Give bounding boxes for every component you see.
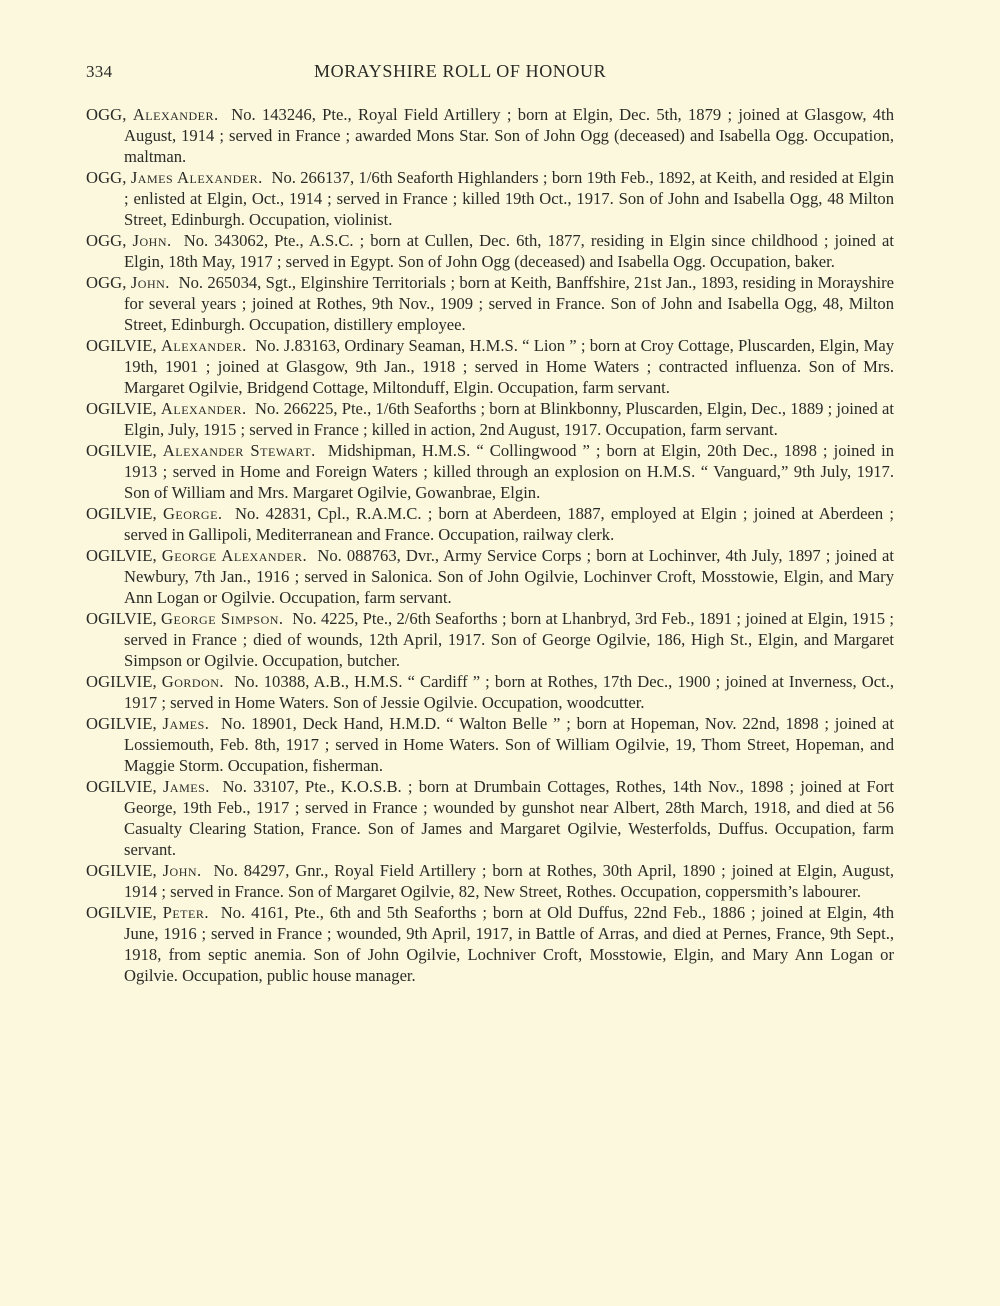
entry-forenames: John. bbox=[131, 273, 170, 292]
entry-surname: OGILVIE, bbox=[86, 336, 157, 355]
entry-forenames: Alexander Stewart. bbox=[163, 441, 316, 460]
page-number: 334 bbox=[86, 62, 112, 82]
roll-entry: OGILVIE, Alexander. No. 266225, Pte., 1/… bbox=[86, 398, 894, 440]
entry-text: No. 33107, Pte., K.O.S.B. ; born at Drum… bbox=[124, 777, 894, 859]
entry-surname: OGG, bbox=[86, 168, 127, 187]
entry-surname: OGG, bbox=[86, 273, 127, 292]
entry-forenames: James. bbox=[163, 777, 210, 796]
entry-surname: OGILVIE, bbox=[86, 903, 157, 922]
entry-forenames: George Alexander. bbox=[162, 546, 307, 565]
roll-entry: OGILVIE, James. No. 18901, Deck Hand, H.… bbox=[86, 713, 894, 776]
entry-forenames: James Alexander. bbox=[131, 168, 263, 187]
roll-entry: OGILVIE, George. No. 42831, Cpl., R.A.M.… bbox=[86, 503, 894, 545]
entry-forenames: George. bbox=[163, 504, 223, 523]
entry-text: No. 4161, Pte., 6th and 5th Seaforths ; … bbox=[124, 903, 894, 985]
entry-forenames: John. bbox=[163, 861, 202, 880]
roll-entry: OGG, James Alexander. No. 266137, 1/6th … bbox=[86, 167, 894, 230]
roll-entry: OGILVIE, Peter. No. 4161, Pte., 6th and … bbox=[86, 902, 894, 986]
entry-surname: OGILVIE, bbox=[86, 777, 157, 796]
entry-surname: OGG, bbox=[86, 105, 127, 124]
entry-forenames: John. bbox=[133, 231, 172, 250]
roll-entry: OGG, Alexander. No. 143246, Pte., Royal … bbox=[86, 104, 894, 167]
entry-surname: OGILVIE, bbox=[86, 714, 157, 733]
entry-text: No. 265034, Sgt., Elginshire Territorial… bbox=[124, 273, 894, 334]
entry-forenames: James. bbox=[162, 714, 209, 733]
roll-entry: OGG, John. No. 343062, Pte., A.S.C. ; bo… bbox=[86, 230, 894, 272]
entry-text: No. 84297, Gnr., Royal Field Artillery ;… bbox=[124, 861, 894, 901]
running-header: 334 MORAYSHIRE ROLL OF HONOUR bbox=[86, 60, 920, 86]
entry-forenames: Alexander. bbox=[161, 336, 247, 355]
entry-text: No. 42831, Cpl., R.A.M.C. ; born at Aber… bbox=[124, 504, 894, 544]
entry-forenames: Gordon. bbox=[162, 672, 224, 691]
entry-surname: OGILVIE, bbox=[86, 861, 157, 880]
entry-forenames: Peter. bbox=[163, 903, 209, 922]
entry-surname: OGILVIE, bbox=[86, 672, 157, 691]
entry-surname: OGILVIE, bbox=[86, 504, 157, 523]
entry-forenames: George Simpson. bbox=[161, 609, 284, 628]
roll-entry: OGILVIE, George Alexander. No. 088763, D… bbox=[86, 545, 894, 608]
entry-forenames: Alexander. bbox=[133, 105, 219, 124]
book-page: 334 MORAYSHIRE ROLL OF HONOUR OGG, Alexa… bbox=[0, 0, 1000, 1306]
entry-text: No. 143246, Pte., Royal Field Artillery … bbox=[124, 105, 894, 166]
entry-surname: OGILVIE, bbox=[86, 399, 157, 418]
roll-entry: OGILVIE, Alexander. No. J.83163, Ordinar… bbox=[86, 335, 894, 398]
entry-surname: OGILVIE, bbox=[86, 609, 157, 628]
entry-text: No. 10388, A.B., H.M.S. “ Cardiff ” ; bo… bbox=[124, 672, 894, 712]
entry-text: No. 18901, Deck Hand, H.M.D. “ Walton Be… bbox=[124, 714, 894, 775]
running-title: MORAYSHIRE ROLL OF HONOUR bbox=[314, 61, 606, 82]
entry-surname: OGILVIE, bbox=[86, 546, 157, 565]
entry-forenames: Alexander. bbox=[161, 399, 247, 418]
roll-entry: OGILVIE, James. No. 33107, Pte., K.O.S.B… bbox=[86, 776, 894, 860]
entry-text: No. 343062, Pte., A.S.C. ; born at Culle… bbox=[124, 231, 894, 271]
entry-surname: OGG, bbox=[86, 231, 127, 250]
roll-entry: OGG, John. No. 265034, Sgt., Elginshire … bbox=[86, 272, 894, 335]
roll-entry: OGILVIE, John. No. 84297, Gnr., Royal Fi… bbox=[86, 860, 894, 902]
entry-surname: OGILVIE, bbox=[86, 441, 157, 460]
roll-entry: OGILVIE, George Simpson. No. 4225, Pte.,… bbox=[86, 608, 894, 671]
roll-entry: OGILVIE, Alexander Stewart. Midshipman, … bbox=[86, 440, 894, 503]
roll-entry: OGILVIE, Gordon. No. 10388, A.B., H.M.S.… bbox=[86, 671, 894, 713]
roll-entries: OGG, Alexander. No. 143246, Pte., Royal … bbox=[86, 104, 894, 986]
